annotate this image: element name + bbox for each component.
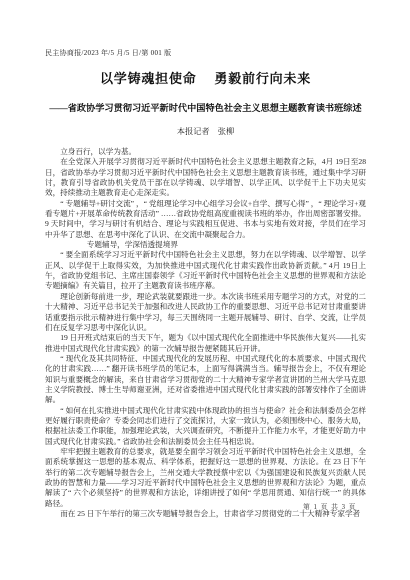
section-heading: 专题辅导，学深悟透提境界 [45,240,366,250]
source-line: 民主协商报/2023 年/5 月/5 日/第 001 版 [45,48,366,58]
body-paragraph: 立身百行，以学为基。 [45,147,366,157]
body-paragraph: “ 专题辅导+研讨交流” ，“ 党组理论学习中心组学习会议+自学、撰写心得” ，… [45,199,366,220]
body-paragraph: 9 天时间中，学习与研讨有机结合、理论与实践相互促进、书本与实地有效对接，学员们… [45,219,366,240]
article-body: 立身百行，以学为基。在全党深入开展学习贯彻习近平新时代中国特色社会主义思想主题教… [45,147,366,519]
body-paragraph: 理论创新每前进一步，理论武装就要跟进一步。本次读书班采用专题学习的方式，对党的二… [45,292,366,333]
article-title: 以学铸魂担使命 勇毅前行向未来 [45,68,366,87]
body-paragraph: 19 日开班式结束后的当天下午，题为《以中国式现代化全面推进中华民族伟大复兴——… [45,333,366,354]
page-number-footer: 第 1 页 共 3 页 [303,501,356,511]
body-paragraph: “ 要全面系统学习习近平新时代中国特色社会主义思想，努力在以学铸魂、以学增智、以… [45,250,366,291]
document-page: 民主协商报/2023 年/5 月/5 日/第 001 版 以学铸魂担使命 勇毅前… [0,0,410,580]
byline: 本报记者 张柳 [45,126,366,137]
article-subtitle: ——省政协学习贯彻习近平新时代中国特色社会主义思想主题教育读书班综述 [45,100,366,114]
body-paragraph: 在全党深入开展学习贯彻习近平新时代中国特色社会主义思想主题教育之际，4月 19日… [45,157,366,198]
body-paragraph: “ 现代化及其共同特征、中国式现代化的发展历程、中国式现代化的本质要求、中国式现… [45,354,366,406]
body-paragraph: 牢牢把握主题教育的总要求，就是要全面学习领会习近平新时代中国特色社会主义思想，全… [45,447,366,509]
body-paragraph: “ 如何在扎实推进中国式现代化甘肃实践中体现政协的担当与使命？社会和法制委员会怎… [45,406,366,447]
